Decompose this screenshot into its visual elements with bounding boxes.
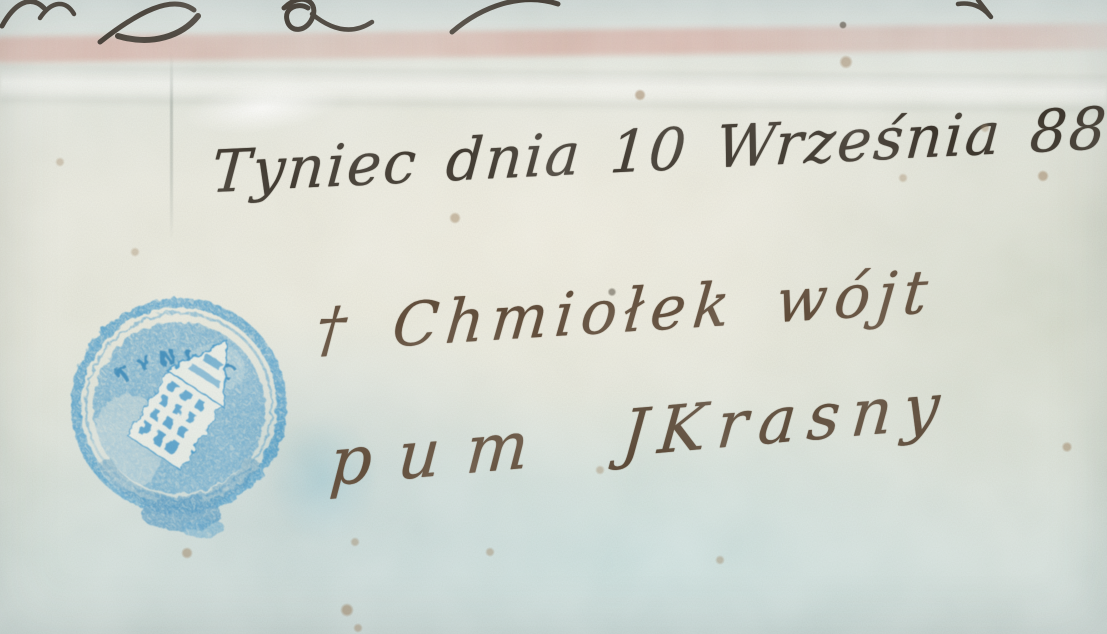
clerk-signature-handwriting: JKrasny	[619, 369, 954, 473]
pink-crayon-line	[0, 23, 1107, 63]
paper-crease-vertical	[170, 52, 173, 240]
municipal-stamp: TYNIEC	[63, 290, 297, 542]
document-photo: TYNIEC Tyniec dnia 10 Września 886 † Chm…	[0, 0, 1107, 634]
blue-ink-smudge	[268, 415, 378, 545]
mayor-signature-handwriting: † Chmiołek wójt	[313, 257, 938, 366]
paper-crease-horizontal	[0, 65, 1107, 117]
